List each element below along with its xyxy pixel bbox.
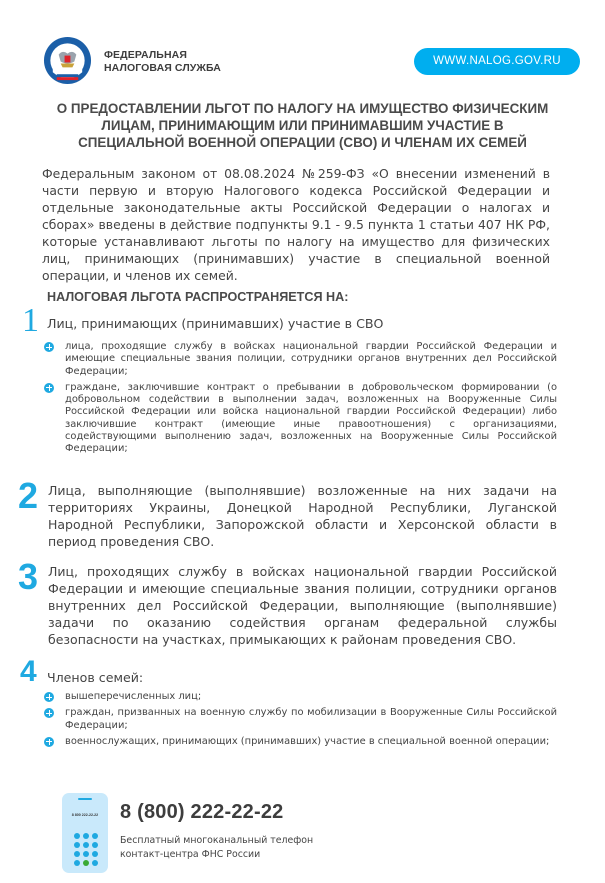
list-item: лица, проходящие службу в войсках национ…: [42, 341, 557, 378]
benefit-subheading: НАЛОГОВАЯ ЛЬГОТА РАСПРОСТРАНЯЕТСЯ НА:: [47, 290, 348, 304]
key-dot-call: [83, 860, 89, 866]
section-number-3: 3: [18, 559, 38, 595]
org-name-line2: НАЛОГОВАЯ СЛУЖБА: [104, 62, 221, 75]
section-1-heading: Лиц, принимающих (принимавших) участие в…: [47, 316, 383, 331]
list-item: вышеперечисленных лиц;: [42, 691, 557, 703]
org-name-line1: ФЕДЕРАЛЬНАЯ: [104, 49, 221, 62]
phone-screen-number: 8 800 222-22-22: [62, 813, 108, 817]
header: ФЕДЕРАЛЬНАЯ НАЛОГОВАЯ СЛУЖБА WWW.NALOG.G…: [0, 0, 605, 90]
title-line2: ЛИЦАМ, ПРИНИМАЮЩИМ ИЛИ ПРИНИМАВШИМ УЧАСТ…: [20, 117, 585, 134]
website-link-button[interactable]: WWW.NALOG.GOV.RU: [414, 48, 580, 75]
key-dot: [92, 842, 98, 848]
bullet-text: граждане, заключившие контракт о пребыва…: [65, 382, 557, 454]
hotline-desc-line1: Бесплатный многоканальный телефон: [120, 834, 313, 848]
key-dot: [83, 833, 89, 839]
section-2-text: Лица, выполняющие (выполнявшие) возложен…: [48, 482, 557, 550]
hotline-desc-line2: контакт-центра ФНС России: [120, 848, 313, 862]
plus-circle-icon: [44, 708, 54, 718]
key-dot: [74, 842, 80, 848]
section-4-bullets: вышеперечисленных лиц; граждан, призванн…: [42, 691, 557, 752]
section-3-text: Лиц, проходящих службу в войсках национа…: [48, 563, 557, 648]
hotline-description: Бесплатный многоканальный телефон контак…: [120, 834, 313, 861]
org-name: ФЕДЕРАЛЬНАЯ НАЛОГОВАЯ СЛУЖБА: [104, 49, 221, 75]
phone-speaker: [78, 798, 92, 800]
key-dot: [92, 851, 98, 857]
keypad: [74, 833, 98, 866]
key-dot: [74, 860, 80, 866]
section-number-2: 2: [18, 478, 38, 514]
section-number-1: 1: [22, 304, 39, 338]
fns-emblem-icon: [43, 36, 92, 85]
plus-circle-icon: [44, 737, 54, 747]
key-dot: [92, 833, 98, 839]
list-item: граждане, заключившие контракт о пребыва…: [42, 382, 557, 456]
key-dot: [74, 833, 80, 839]
section-4-heading: Членов семей:: [47, 670, 143, 685]
plus-circle-icon: [44, 383, 54, 393]
list-item: граждан, призванных на военную службу по…: [42, 707, 557, 732]
section-number-4: 4: [20, 657, 37, 687]
key-dot: [83, 851, 89, 857]
key-dot: [83, 842, 89, 848]
hotline-phone-number[interactable]: 8 (800) 222-22-22: [120, 801, 284, 824]
key-dot: [74, 851, 80, 857]
plus-circle-icon: [44, 692, 54, 702]
list-item: военнослужащих, принимающих (принимавших…: [42, 736, 557, 748]
bullet-text: военнослужащих, принимающих (принимавших…: [65, 736, 549, 747]
bullet-text: граждан, призванных на военную службу по…: [65, 707, 557, 730]
plus-circle-icon: [44, 342, 54, 352]
bullet-text: вышеперечисленных лиц;: [65, 691, 201, 702]
title-line1: О ПРЕДОСТАВЛЕНИИ ЛЬГОТ ПО НАЛОГУ НА ИМУЩ…: [20, 100, 585, 117]
intro-paragraph: Федеральным законом от 08.08.2024 №259-Ф…: [42, 165, 550, 284]
key-dot: [92, 860, 98, 866]
phone-keypad-icon: 8 800 222-22-22: [62, 793, 108, 873]
page-title: О ПРЕДОСТАВЛЕНИИ ЛЬГОТ ПО НАЛОГУ НА ИМУЩ…: [20, 100, 585, 151]
section-1-bullets: лица, проходящие службу в войсках национ…: [42, 341, 557, 460]
title-line3: СПЕЦИАЛЬНОЙ ВОЕННОЙ ОПЕРАЦИИ (СВО) И ЧЛЕ…: [20, 134, 585, 151]
bullet-text: лица, проходящие службу в войсках национ…: [65, 341, 557, 377]
